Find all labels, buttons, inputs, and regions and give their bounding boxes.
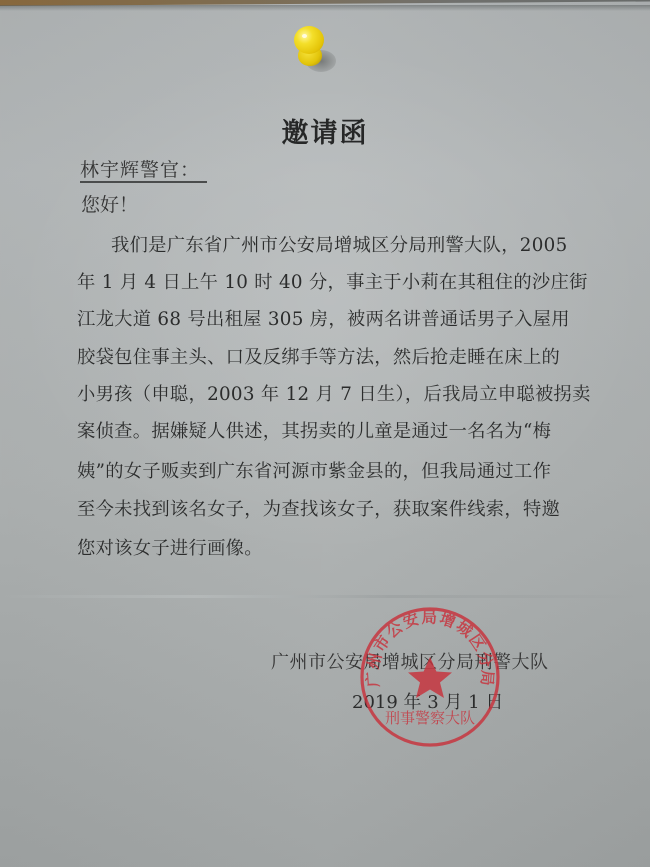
star-icon	[408, 657, 452, 698]
pushpin-glint	[302, 34, 307, 38]
stamp-bottom-text: 刑事警察大队	[385, 709, 475, 727]
paper-crease	[0, 595, 650, 598]
body-line: 您对该女子进行画像。	[77, 534, 263, 560]
body-line: 案侦查。据嫌疑人供述，其拐卖的儿童是通过一名名为“梅	[77, 417, 551, 443]
paper-top-shadow	[0, 5, 650, 11]
body-line: 年 1 月 4 日上午 10 时 40 分，事主于小莉在其租住的沙庄街	[77, 268, 588, 294]
addressee: 林宇辉警官：	[80, 155, 200, 182]
body-line: 江龙大道 68 号出租屋 305 房，被两名讲普通话男子入屋用	[77, 305, 570, 331]
body-line: 我们是广东省广州市公安局增城区分局刑警大队，2005	[111, 231, 568, 257]
official-seal-stamp: 广州市公安局增城区分局 刑事警察大队	[358, 605, 502, 749]
body-line: 胶袋包住事主头、口及反绑手等方法，然后抢走睡在床上的	[77, 343, 560, 369]
pushpin-icon	[292, 26, 332, 74]
document-title: 邀请函	[0, 111, 650, 150]
body-line: 小男孩（申聪，2003 年 12 月 7 日生），后我局立申聪被拐卖	[77, 380, 591, 406]
pushpin-head	[294, 26, 324, 54]
greeting: 您好！	[81, 190, 138, 217]
addressee-underline	[80, 181, 207, 183]
body-line: 至今未找到该名女子，为查找该女子，获取案件线索，特邀	[77, 495, 560, 521]
body-line: 姨”的女子贩卖到广东省河源市紫金县的，但我局通过工作	[77, 457, 551, 483]
